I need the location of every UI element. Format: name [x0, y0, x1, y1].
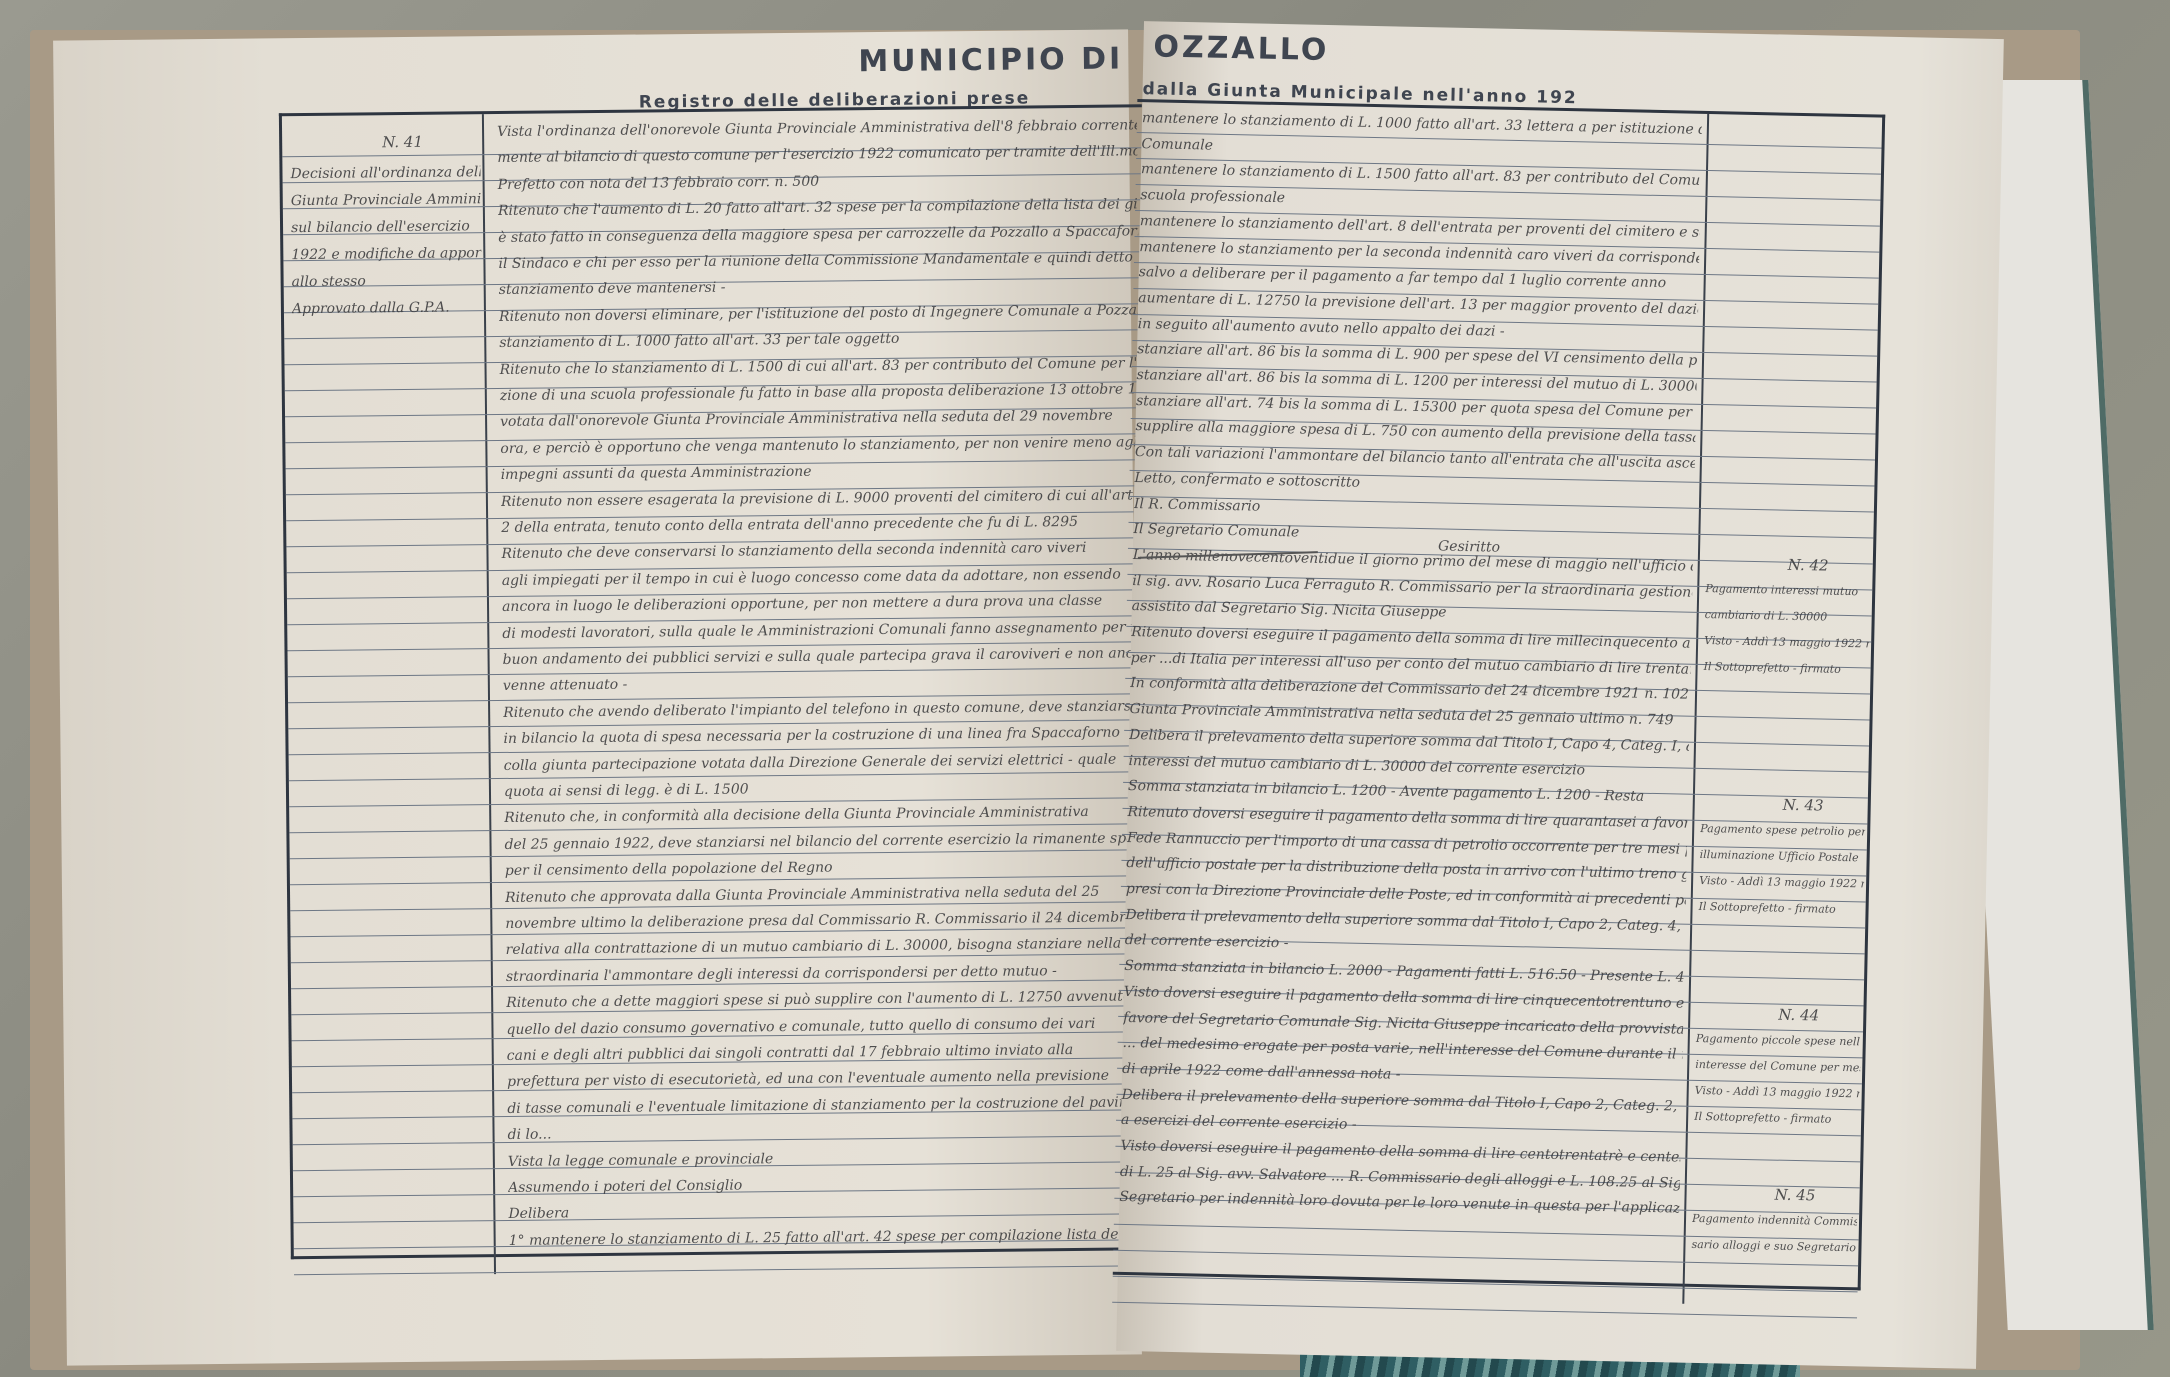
handwritten-line: di tasse comunali e l'eventuale limitazi… [507, 1094, 1147, 1117]
ruled-line [293, 1213, 1153, 1223]
handwritten-line: di lo... [507, 1127, 551, 1143]
handwritten-line: L'anno millenovecentoventidue il giorno … [1133, 547, 1693, 575]
handwritten-line: supplire alla maggiore spesa di L. 750 c… [1135, 418, 1695, 446]
handwritten-line: Giunta Provinciale Amministrativa nella … [1129, 701, 1673, 728]
ruled-line [293, 1135, 1153, 1145]
handwritten-line: favore del Segretario Comunale Sig. Nici… [1123, 1009, 1683, 1037]
left-entry-number: N. 41 [382, 133, 423, 151]
margin-entry-line: sario alloggi e suo Segretario [1691, 1238, 1856, 1254]
handwritten-line: impegni assunti da questa Amministrazion… [501, 464, 812, 483]
margin-entry-line: Visto - Addì 13 maggio 1922 n. 1349 [1704, 634, 1869, 650]
handwritten-line: cani e degli altri pubblici dai singoli … [507, 1042, 1074, 1064]
entry-number: N. 42 [1788, 556, 1829, 575]
handwritten-line: venne attenuato - [503, 677, 628, 694]
entry-number: N. 43 [1783, 796, 1824, 815]
handwritten-line: Vista la legge comunale e provinciale [508, 1151, 774, 1170]
handwritten-line: Assumendo i poteri del Consiglio [508, 1178, 742, 1196]
handwritten-line: Fede Rannuccio per l'importo di una cass… [1127, 830, 1687, 858]
handwritten-line: in seguito all'aumento avuto nello appal… [1138, 316, 1505, 340]
handwritten-line: colla giunta partecipazione votata dalla… [504, 751, 1117, 773]
handwritten-line: del corrente esercizio - [1125, 932, 1289, 951]
handwritten-line: Ritenuto doversi eseguire il pagamento d… [1131, 624, 1691, 652]
handwritten-line: per il censimento della popolazione del … [505, 860, 833, 879]
handwritten-line: Ritenuto che l'aumento di L. 20 fatto al… [498, 197, 1138, 220]
handwritten-line: Con tali variazioni l'ammontare del bila… [1135, 444, 1695, 472]
handwritten-line: Ritenuto che lo stanziamento di L. 1500 … [499, 355, 1139, 378]
handwritten-line: mente al bilancio di questo comune per l… [497, 144, 1137, 167]
handwritten-line: Ritenuto che a dette maggiori spese si p… [506, 989, 1131, 1012]
handwritten-line: quello del dazio consumo governativo e c… [506, 1015, 1095, 1037]
handwritten-line: Visto doversi eseguire il pagamento dell… [1124, 984, 1684, 1012]
entry-number: N. 44 [1778, 1006, 1819, 1025]
handwritten-line: Somma stanziata in bilancio L. 1200 - Av… [1128, 778, 1645, 805]
handwritten-line: sul bilancio dell'esercizio [291, 218, 470, 236]
ruled-line [1112, 1302, 1857, 1319]
handwritten-line: Delibera il prelevamento della superiore… [1121, 1087, 1681, 1115]
handwritten-line: Ritenuto doversi eseguire il pagamento d… [1127, 804, 1687, 832]
margin-entry-line: Pagamento interessi mutuo [1705, 582, 1858, 598]
handwritten-line: di L. 25 al Sig. avv. Salvatore ... R. C… [1120, 1164, 1680, 1192]
ruled-line [1113, 1250, 1858, 1267]
handwritten-line: ora, e perciò è opportuno che venga mant… [500, 434, 1140, 457]
handwritten-line: è stato fatto in conseguenza della maggi… [498, 223, 1138, 246]
margin-entry-line: Il Sottoprefetto - firmato [1694, 1110, 1831, 1126]
handwritten-line: Comunale [1141, 136, 1213, 153]
handwritten-line: Delibera [508, 1206, 569, 1223]
margin-entry-line: Pagamento spese petrolio per [1700, 822, 1865, 838]
handwritten-line: Prefetto con nota del 13 febbraio corr. … [498, 173, 820, 192]
margin-entry-line: interesse del Comune per mese di aprile [1695, 1058, 1860, 1074]
handwritten-line: stanziamento di L. 1000 fatto all'art. 3… [499, 331, 899, 351]
handwritten-line: mantenere lo stanziamento dell'art. 8 de… [1140, 213, 1700, 241]
header-title-left: MUNICIPIO DI [858, 41, 1123, 79]
handwritten-line: Letto, confermato e sottoscritto [1134, 470, 1360, 491]
ruled-line [1114, 1224, 1859, 1241]
margin-entry-line: Il Sottoprefetto - firmato [1703, 660, 1840, 676]
handwritten-line: Delibera il prelevamento della superiore… [1125, 907, 1685, 935]
handwritten-line: interessi del mutuo cambiario di L. 3000… [1128, 752, 1585, 778]
handwritten-line: per ...di Italia per interessi all'uso p… [1131, 650, 1691, 678]
handwritten-line: Visto doversi eseguire il pagamento dell… [1120, 1138, 1680, 1166]
handwritten-line: prefettura per visto di esecutorietà, ed… [507, 1068, 1109, 1090]
handwritten-line: quota ai sensi di legg. è di L. 1500 [504, 781, 749, 800]
handwritten-line: Somma stanziata in bilancio L. 2000 - Pa… [1124, 958, 1684, 986]
handwritten-line: In conformità alla deliberazione del Com… [1130, 675, 1690, 703]
handwritten-line: allo stesso [292, 273, 366, 290]
handwritten-line: Ritenuto che avendo deliberato l'impiant… [503, 698, 1136, 721]
handwritten-line: dell'ufficio postale per la distribuzion… [1126, 855, 1686, 883]
handwritten-line: presi con la Direzione Provinciale delle… [1126, 881, 1686, 909]
handwritten-line: stanziamento deve mantenersi - [499, 280, 726, 298]
ruled-line [288, 667, 1148, 677]
margin-entry-line: cambiario di L. 30000 [1705, 608, 1828, 624]
right-margin-column-divider [1682, 114, 1709, 1304]
handwritten-line: stanziare all'art. 74 bis la somma di L.… [1136, 393, 1696, 421]
handwritten-line: Il R. Commissario [1134, 496, 1261, 515]
handwritten-line: Giunta Provinciale Amministrativa [291, 191, 481, 209]
margin-entry-line: Pagamento piccole spese nell' [1696, 1032, 1861, 1048]
entry-number: N. 45 [1774, 1186, 1815, 1205]
right-page: OZZALLO dalla Giunta Municipale nell'ann… [1116, 21, 2004, 1369]
handwritten-line: ... del medesimo erogate per posta varie… [1122, 1035, 1682, 1063]
ruled-line [290, 849, 1150, 859]
handwritten-line: a esercizi del corrente esercizio - [1121, 1112, 1357, 1133]
handwritten-line: 1° mantenere lo stanziamento di L. 25 fa… [509, 1226, 1149, 1249]
handwritten-line: Segretario per indennità loro dovuta per… [1119, 1189, 1679, 1217]
margin-entry-line: illuminazione Ufficio Postale [1700, 848, 1859, 864]
handwritten-line: ancora in luogo le deliberazioni opportu… [502, 593, 1102, 615]
handwritten-line: il sig. avv. Rosario Luca Ferraguto R. C… [1132, 573, 1692, 601]
handwritten-line: scuola professionale [1140, 187, 1285, 206]
handwritten-line: Decisioni all'ordinanza della [290, 164, 480, 182]
ruled-line [1137, 132, 1882, 149]
ruled-line [289, 771, 1149, 781]
header-title-right: OZZALLO [1153, 29, 1330, 68]
handwritten-line: 1922 e modifiche da apportare [291, 245, 481, 263]
handwritten-line: di modesti lavoratori, sulla quale le Am… [502, 619, 1139, 642]
handwritten-line: Ritenuto non doversi eliminare, per l'is… [499, 302, 1139, 325]
margin-column-divider [482, 114, 496, 1274]
handwritten-line: Approvato dalla G.P.A. [292, 300, 450, 318]
handwritten-line: in bilancio la quota di spesa necessaria… [503, 725, 1120, 747]
margin-entry-line: Visto - Addì 13 maggio 1922 n. 1351 [1695, 1084, 1860, 1100]
handwritten-line: votata dall'onorevole Giunta Provinciale… [500, 408, 1113, 430]
left-page: MUNICIPIO DI Registro delle deliberazion… [53, 29, 1142, 1365]
handwritten-line: Ritenuto che, in conformità alla decisio… [504, 804, 1089, 826]
ruled-line [294, 1265, 1154, 1275]
handwritten-line: di aprile 1922 come dall'annessa nota - [1122, 1061, 1401, 1083]
secretary-name: Gesiritto [1438, 538, 1500, 555]
margin-entry-line: Pagamento indennità Commis- [1692, 1212, 1857, 1228]
ruled-line [1113, 1276, 1858, 1293]
handwritten-line: zione di una scuola professionale fu fat… [500, 381, 1140, 404]
margin-entry-line: Il Sottoprefetto - firmato [1698, 900, 1835, 916]
handwritten-line: Vista l'ordinanza dell'onorevole Giunta … [497, 117, 1137, 140]
handwritten-line: buon andamento dei pubblici servizi e su… [503, 645, 1143, 668]
handwritten-line: il Sindaco e chi per esso per la riunion… [498, 249, 1133, 272]
handwritten-line: Delibera il prelevamento della superiore… [1129, 727, 1689, 755]
right-ledger-frame: mantenere lo stanziamento di L. 1000 fat… [1113, 99, 1885, 1290]
margin-entry-line: Visto - Addì 13 maggio 1922 n. 1350 [1699, 874, 1864, 890]
left-ledger-frame: N. 41 Decisioni all'ordinanza dellaGiunt… [279, 104, 1154, 1259]
handwritten-line: assistito dal Segretario Sig. Nicita Giu… [1132, 598, 1447, 621]
handwritten-line: Il Segretario Comunale [1133, 521, 1299, 540]
